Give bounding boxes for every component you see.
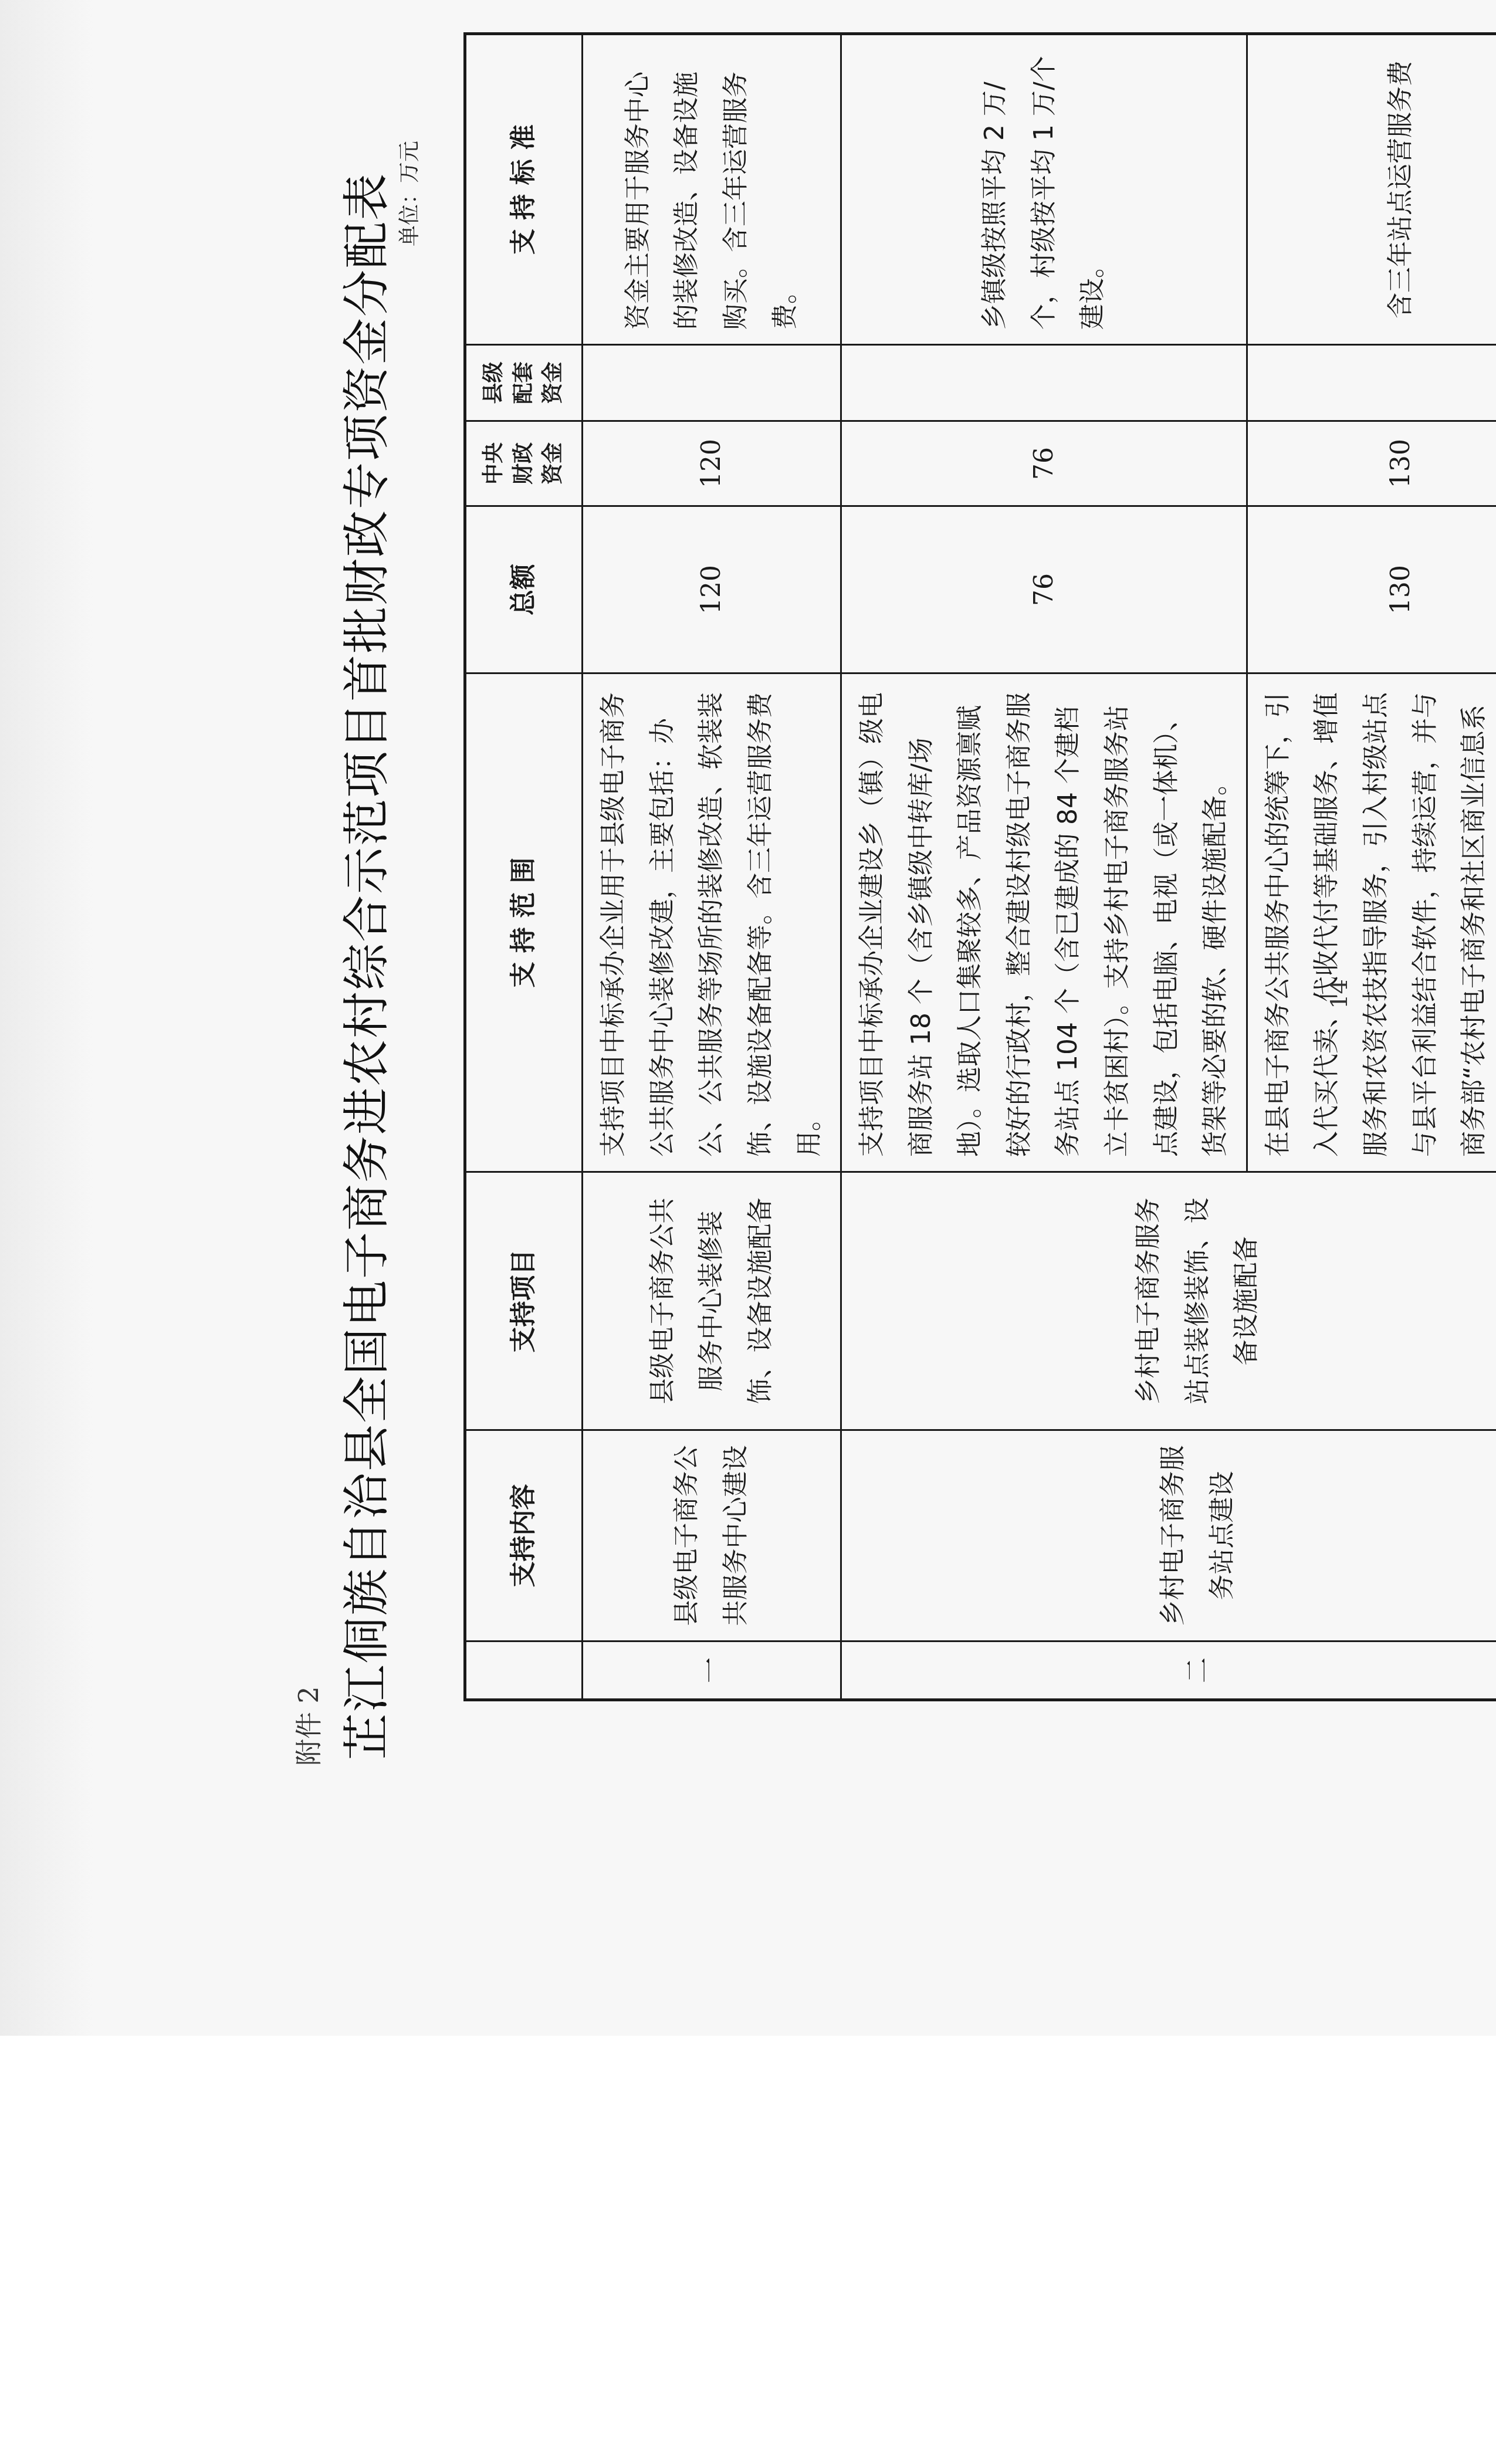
support-project: 乡村电子商务服务站点装修装饰、设备设施配备 bbox=[841, 1172, 1496, 1430]
total-amount: 76 bbox=[841, 506, 1247, 673]
document-title: 芷江侗族自治县全国电子商务进农村综合示范项目首批财政专项资金分配表 bbox=[329, 176, 396, 1760]
support-content: 县级电子商务公共服务中心建设 bbox=[583, 1430, 841, 1641]
table-row: 一 县级电子商务公共服务中心建设 县级电子商务公共服务中心装修装饰、设备设施配备… bbox=[583, 34, 841, 1700]
header-content: 支持内容 bbox=[465, 1430, 583, 1641]
header-scope: 支 持 范 围 bbox=[465, 673, 583, 1172]
central-funds: 120 bbox=[583, 421, 841, 506]
support-scope: 在县电子商务公共服务中心的统筹下，引入代买代卖、代收代付等基础服务、增值服务和农… bbox=[1247, 673, 1496, 1172]
table-row: 二 乡村电子商务服务站点建设 乡村电子商务服务站点装修装饰、设备设施配备 支持项… bbox=[841, 34, 1247, 1700]
header-county-funds: 县级配套资金 bbox=[465, 345, 583, 421]
page-number: 14 bbox=[1326, 979, 1353, 1009]
annex-label: 附件 2 bbox=[287, 1686, 326, 1766]
support-scope: 支持项目中标承办企业用于县级电子商务公共服务中心装修改建，主要包括：办公、公共服… bbox=[583, 673, 841, 1172]
support-content: 乡村电子商务服务站点建设 bbox=[841, 1430, 1496, 1641]
support-standard: 乡镇级按照平均 2 万/个，村级按平均 1 万/个建设。 bbox=[841, 34, 1247, 345]
row-number: 二 bbox=[841, 1641, 1496, 1700]
county-funds bbox=[583, 345, 841, 421]
rotated-document-page: 附件 2 芷江侗族自治县全国电子商务进农村综合示范项目首批财政专项资金分配表 单… bbox=[141, 35, 1373, 1819]
county-funds bbox=[841, 345, 1247, 421]
scan-shadow-edge bbox=[0, 0, 94, 2036]
header-central-funds: 中央财政资金 bbox=[465, 421, 583, 506]
unit-label: 单位：万元 bbox=[393, 141, 423, 246]
support-scope: 支持项目中标承办企业建设乡（镇）级电商服务站 18 个（含乡镇级中转库/场地）。… bbox=[841, 673, 1247, 1172]
header-standard: 支 持 标 准 bbox=[465, 34, 583, 345]
support-standard: 资金主要用于服务中心的装修改造、设备设施购买。含三年运营服务费。 bbox=[583, 34, 841, 345]
total-amount: 130 bbox=[1247, 506, 1496, 673]
central-funds: 76 bbox=[841, 421, 1247, 506]
support-project: 县级电子商务公共服务中心装修装饰、设备设施配备 bbox=[583, 1172, 841, 1430]
county-funds bbox=[1247, 345, 1496, 421]
support-standard: 含三年站点运营服务费 bbox=[1247, 34, 1496, 345]
table-header-row: 支持内容 支持项目 支 持 范 围 总额 中央财政资金 县级配套资金 支 持 标… bbox=[465, 34, 583, 1700]
header-total: 总额 bbox=[465, 506, 583, 673]
central-funds: 130 bbox=[1247, 421, 1496, 506]
header-project: 支持项目 bbox=[465, 1172, 583, 1430]
header-number bbox=[465, 1641, 583, 1700]
row-number: 一 bbox=[583, 1641, 841, 1700]
fund-allocation-table: 支持内容 支持项目 支 持 范 围 总额 中央财政资金 县级配套资金 支 持 标… bbox=[463, 32, 1496, 1701]
total-amount: 120 bbox=[583, 506, 841, 673]
